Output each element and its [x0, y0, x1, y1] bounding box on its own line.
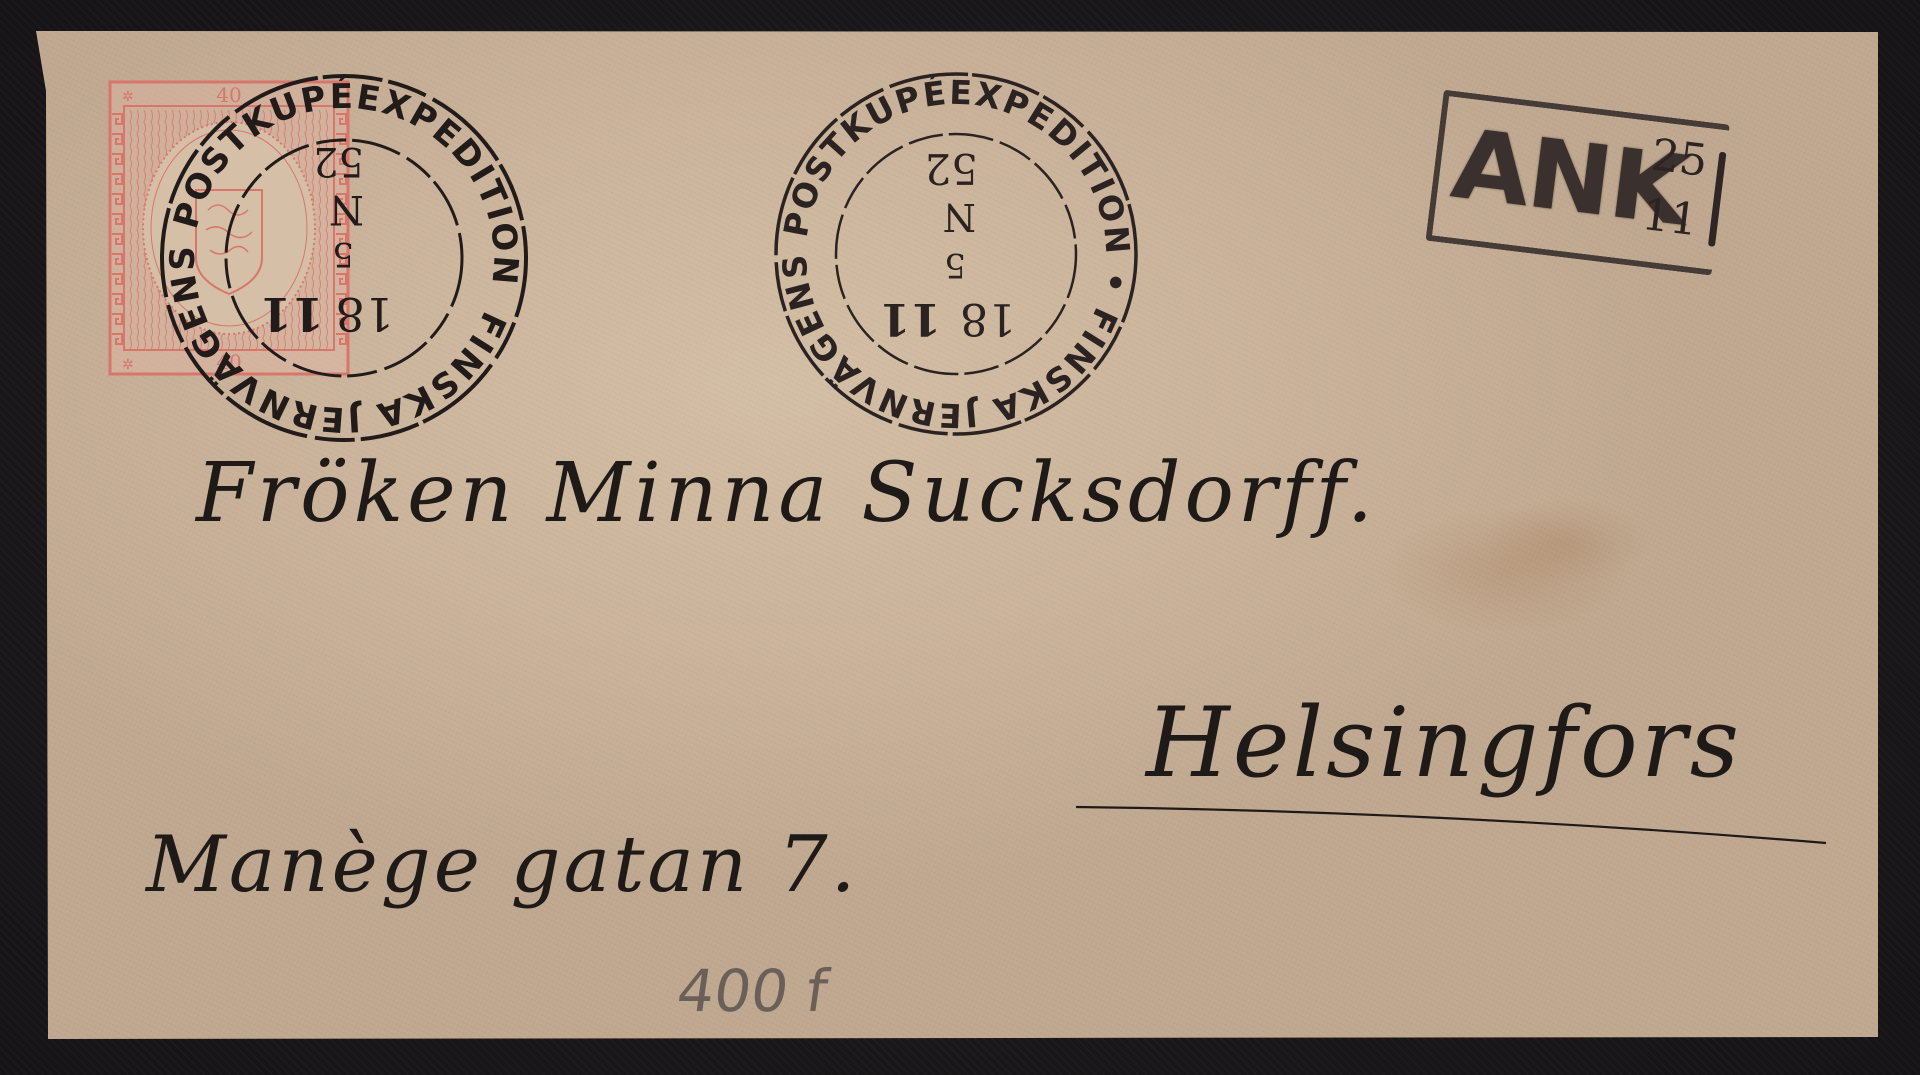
envelope: 40 40 ✲ ✲ FINSKA JERNVÄGENS POSTKUPÉEXPE… [36, 31, 1878, 1039]
address-street: Manège gatan 7. [144, 820, 858, 910]
pencil-price: 400 f [673, 957, 833, 1025]
address-city: Helsingfors [1144, 687, 1742, 799]
address-block: Fröken Minna Sucksdorff. Helsingfors Man… [36, 31, 1878, 1039]
city-underline [1076, 807, 1826, 843]
address-recipient: Fröken Minna Sucksdorff. [194, 446, 1377, 541]
pencil-note: 400 f [676, 931, 896, 1041]
